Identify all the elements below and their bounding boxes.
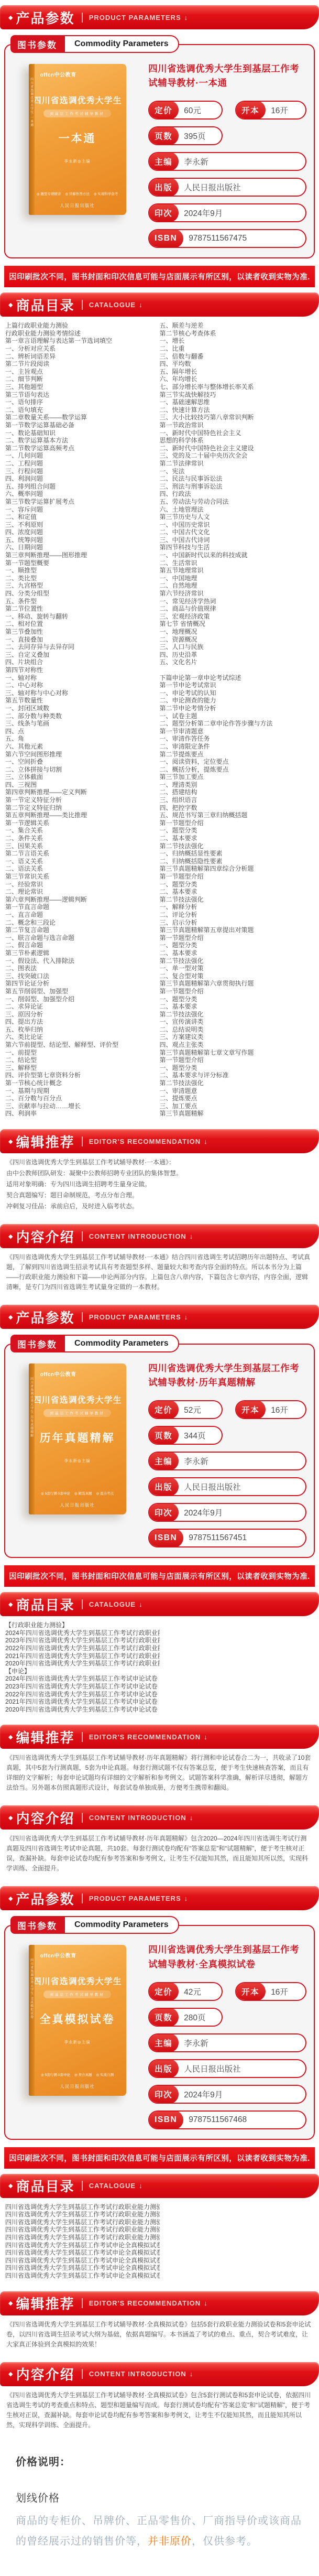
- catalogue-line: 2022年四川省选调优秀大学生到基层工作考试行政职业能力测验试卷: [5, 1644, 160, 1652]
- catalogue-line: 三、中国古代诗词: [160, 536, 314, 544]
- catalogue-line: 三、贡献率与拉动……增长: [5, 1102, 160, 1110]
- catalogue-line: 二、相对位置: [5, 620, 160, 628]
- catalogue-line: 【申论】: [5, 1668, 160, 1675]
- param-value: 9787511567451: [183, 1533, 305, 1543]
- product-parameters-title-en: PRODUCT PARAMETERS: [89, 14, 181, 21]
- catalogue-line: 三、加工要点: [160, 1102, 314, 1110]
- catalogue-line: 七、部分增长率与整体增长率关系: [160, 383, 314, 391]
- introduction-paragraph: 《四川省选调优秀大学生到基层工作考试辅导教材·一本通》结合四川省选调生考试招聘历…: [6, 1252, 313, 1292]
- content-introduction-text: 《四川省选调优秀大学生到基层工作考试辅导教材·全真模拟试卷》包含5套行测试卷和5…: [0, 2386, 319, 2438]
- catalogue-line: 三、大小比较技巧第八章常识判断: [160, 414, 314, 421]
- catalogue-line: 第三节历史与人文: [160, 513, 314, 521]
- catalogue-line: 四、利润率: [5, 1110, 160, 1118]
- param-value: 李永新: [179, 1455, 305, 1467]
- cover-book-name: 历年真题精解: [40, 1430, 115, 1445]
- param-label: ISBN: [148, 2110, 183, 2129]
- catalogue-line: 第五节数量性: [5, 697, 160, 705]
- catalogue-line: 一、宣传演讲类: [160, 1018, 314, 1026]
- header-divider: |: [81, 1731, 83, 1743]
- catalogue-line: 2024年四川省选调优秀大学生到基层工作考试申论试卷: [5, 1675, 160, 1683]
- catalogue-line: 三、解释型: [5, 1064, 160, 1072]
- param-value: 16开: [266, 1404, 305, 1415]
- header-divider: |: [81, 2180, 83, 2192]
- catalogue-line: 三、宏观经济政策: [160, 613, 314, 621]
- printing-note-banner: 因印刷批次不同，图书封面和印次信息可能与店面展示有所区别，以读者收到实物为准.: [4, 1565, 315, 1587]
- header-divider: |: [81, 12, 83, 24]
- printing-note-banner: 因印刷批次不同，图书封面和印次信息可能与店面展示有所区别，以读者收到实物为准.: [4, 266, 315, 287]
- param-value: 人民日报出版社: [179, 181, 305, 193]
- catalogue-line: 第一节逻辑关系: [5, 819, 160, 827]
- header-divider: |: [81, 1892, 83, 1904]
- catalogue-line: 四、行政法: [160, 490, 314, 498]
- catalogue-line: 三、其他题型: [5, 383, 160, 391]
- down-arrow-icon: ↓: [139, 301, 142, 309]
- param-label: 印次: [148, 203, 179, 222]
- commodity-pill-en: Commodity Parameters: [64, 1335, 179, 1352]
- header-divider: |: [81, 1311, 83, 1323]
- catalogue-line: 第一节题型介绍: [160, 988, 314, 995]
- catalogue-line: 【行政职业能力测验】: [5, 1621, 160, 1629]
- catalogue-line: 2020年四川省选调优秀大学生到基层工作考试行政职业能力测验试卷: [5, 1660, 160, 1668]
- commodity-parameters-pill: 图书参数 Commodity Parameters: [10, 35, 179, 53]
- catalogue-line: 四、浓度问题: [5, 528, 160, 536]
- param-value: 9787511567475: [183, 234, 305, 243]
- book-params-zone: 四川省选调优秀大学生到基层工作考试辅导教材·历年真题精解 定价 52元 开本 1…: [148, 1360, 307, 1547]
- param-label: 定价: [148, 101, 179, 120]
- catalogue-line: 五、条件型: [5, 598, 160, 605]
- cover-feature-item: 题型专项精讲: [37, 191, 61, 196]
- catalogue-line: 二、快速计算方法: [160, 406, 314, 414]
- param-value: 李永新: [179, 156, 305, 167]
- catalogue-line: 三、组织语言: [160, 796, 314, 804]
- catalogue-line: 二、题型分析第二章申论作答步骤与方法: [160, 720, 314, 728]
- catalogue-line: 二、基本要求: [160, 949, 314, 957]
- param-capsule: 页数 344页: [148, 1426, 223, 1445]
- cover-feature-item: 5套行测·5套申论: [41, 1491, 70, 1496]
- recommendation-line: 《四川省选调优秀大学生到基层工作考试辅导教材·全真模拟试卷》包括5套行政职业能力…: [6, 2320, 313, 2350]
- param-value: 16开: [266, 104, 305, 116]
- header-divider: |: [81, 2297, 83, 2309]
- catalogue-line: 第二节技法强化: [160, 1011, 314, 1019]
- param-label: 页数: [148, 1426, 179, 1445]
- catalogue-line: 第一节核心统计概念: [5, 1079, 160, 1087]
- param-value: 9787511567468: [183, 2115, 305, 2125]
- catalogue-line: 二、申论测查的能力: [160, 697, 314, 705]
- catalogue-line: 2023年四川省选调优秀大学生到基层工作考试行政职业能力测验试卷: [5, 1637, 160, 1644]
- cover-feature-item: 精选真题: [74, 1491, 92, 1496]
- catalogue-line: 二、复合型对策: [160, 972, 314, 980]
- param-capsule: 出版 人民日报出版社: [148, 2059, 306, 2078]
- price-note-text-suffix: ，仅供参考。: [192, 2536, 258, 2547]
- cover-author: 李永新◎主编: [64, 1458, 91, 1464]
- editor-recommendation-header: ◆ 编辑推荐 | EDITOR'S RECOMMENDATION ↓: [0, 1725, 319, 1749]
- catalogue-line: 第五章判断推理——类比推理: [5, 811, 160, 819]
- catalogue-line: 二、理论常识: [5, 888, 160, 896]
- param-label: ISBN: [148, 1529, 183, 1547]
- catalogue-line: 五、排列组合问题: [5, 483, 160, 491]
- catalogue-line: 三、原因分析: [5, 1011, 160, 1019]
- recommendation-line: 《四川省选调优秀大学生到基层工作考试辅导教材·历年真题精解》将行测和申论试卷合二…: [6, 1753, 313, 1793]
- catalogue-line: 第一节政治常识: [160, 421, 314, 429]
- catalogue-list: 【行政职业能力测验】2024年四川省选调优秀大学生到基层工作考试行政职业能力测验…: [0, 1616, 319, 1719]
- param-value: 16开: [266, 1986, 305, 1997]
- param-label: 出版: [148, 2059, 179, 2078]
- catalogue-column-right: 五、顺差与逆差第二节核心考查体系一、增长二、比重三、倍数与翻番四、平均数五、隔年…: [160, 322, 314, 1118]
- cover-feature-item: 契合真题: [74, 2072, 92, 2077]
- catalogue-line: 第二节技法强化: [160, 842, 314, 850]
- param-value: 2024年9月: [179, 1507, 305, 1518]
- commodity-pill-zh: 图书参数: [10, 35, 64, 53]
- catalogue-line: 第三节常识关系: [5, 873, 160, 881]
- catalogue-line: 第一节直言命题: [5, 903, 160, 911]
- param-value: 344页: [179, 1430, 222, 1441]
- catalogue-line: 二、中国古代文化: [160, 528, 314, 536]
- catalogue-line: 第一节题型介绍: [160, 819, 314, 827]
- param-value: 52元: [179, 1404, 222, 1415]
- param-capsule: 开本 16开: [235, 1400, 306, 1419]
- book-cover-image: 四川省选调优秀大学生·一本通 offcn中公教育 四川省选调优秀大学生 到基层工…: [29, 64, 126, 215]
- catalogue-line: 第三节真题精解第五章提出对策题: [160, 926, 314, 934]
- catalogue-line: 三、人口与民族: [160, 643, 314, 651]
- catalogue-line: 一、题型分类: [160, 1064, 314, 1072]
- param-capsule: 主编 李永新: [148, 1452, 306, 1470]
- catalogue-line: 五、统筹问题: [5, 536, 160, 544]
- catalogue-line: 二、基本要求: [160, 1003, 314, 1011]
- book-spine-text: 四川省选调优秀大学生·历年真题精解: [29, 1377, 34, 1437]
- catalogue-line: 二、和定值: [5, 513, 160, 521]
- catalogue-line: 第四节科技与生活: [160, 544, 314, 551]
- catalogue-line: 第三节数学运算扩展考点: [5, 498, 160, 506]
- cover-features: 5套行测·5套申论契合真题实战自测: [41, 2072, 114, 2077]
- publisher-logo: 人民日报出版社: [60, 2083, 95, 2090]
- cover-series-title: 四川省选调优秀大学生: [33, 1975, 122, 1987]
- catalogue-line: 一、削弱型、加强型介绍: [5, 995, 160, 1003]
- catalogue-line: 一、空间折叠: [5, 758, 160, 766]
- commodity-pill-en: Commodity Parameters: [64, 35, 179, 53]
- param-capsule: 印次 2024年9月: [148, 1503, 306, 1522]
- book-params-zone: 四川省选调优秀大学生到基层工作考试辅导教材·全真模拟试卷 定价 42元 开本 1…: [148, 1942, 307, 2129]
- param-label: 开本: [235, 101, 266, 120]
- catalogue-line: 一、申论考试的认知: [160, 689, 314, 697]
- catalogue-line: 三、线条与笔画: [5, 720, 160, 728]
- product-parameters-title-zh: 产品参数: [16, 8, 74, 27]
- editor-recommendation-text: 《四川省选调优秀大学生到基层工作考试辅导教材·一本通》：由中公教师团队研发：凝聚…: [0, 1153, 319, 1219]
- diamond-icon: ◆: [8, 1233, 13, 1240]
- commodity-parameters-panel: 图书参数 Commodity Parameters 四川省选调优秀大学生·一本通…: [4, 44, 315, 258]
- catalogue-line: 第五节削弱型、加强型: [5, 988, 160, 995]
- diamond-icon: ◆: [8, 1601, 13, 1608]
- catalogue-line: 一、新时代中国特色社会主义: [160, 429, 314, 437]
- param-capsule: 印次 2024年9月: [148, 2085, 306, 2104]
- catalogue-line: 三、立体截面: [5, 773, 160, 781]
- catalogue-line: 一、常见经济学热词: [160, 598, 314, 605]
- param-value: 42元: [179, 1986, 222, 1997]
- catalogue-list: 上篇行政职业能力测验行政职业能力测验考情综述第一章言语理解与表达第一节选词填空一…: [0, 317, 319, 1124]
- publisher-logo: 人民日报出版社: [60, 202, 95, 209]
- catalogue-line: 三、方案建议类: [160, 1033, 314, 1041]
- catalogue-line: 一、假设法、代入排除法: [5, 957, 160, 965]
- catalogue-line: 六、类比论证: [5, 1033, 160, 1041]
- header-divider: |: [81, 2368, 83, 2380]
- catalogue-line: 第二节法律常识: [160, 460, 314, 468]
- catalogue-line: 第四节论证分析: [5, 980, 160, 988]
- catalogue-column-left: 四川省选调优秀大学生到基层工作考试行政职业能力测验全真模拟试卷（一）四川省选调优…: [5, 2203, 160, 2280]
- catalogue-line: 三、倍数与翻番: [160, 353, 314, 361]
- catalogue-line: 第一节审清题意: [160, 728, 314, 735]
- down-arrow-icon: ↓: [190, 2370, 193, 2378]
- content-introduction-title-zh: 内容介绍: [16, 1808, 74, 1827]
- param-label: 定价: [148, 1400, 179, 1419]
- catalogue-line: 二、部分数与种类数: [5, 712, 160, 720]
- editor-recommendation-title-zh: 编辑推荐: [16, 1727, 74, 1747]
- catalogue-line: 四、把控字数: [160, 804, 314, 812]
- down-arrow-icon: ↓: [184, 1313, 188, 1321]
- param-value: 2024年9月: [179, 207, 305, 219]
- param-capsule: 印次 2024年9月: [148, 203, 306, 222]
- book-spine-text: 四川省选调优秀大学生·全真模拟试卷: [29, 1958, 34, 2019]
- down-arrow-icon: ↓: [204, 1733, 207, 1741]
- product-parameters-header: ◆ 产品参数 | PRODUCT PARAMETERS ↓: [0, 5, 319, 29]
- catalogue-line: 二、总结说明类: [160, 1026, 314, 1034]
- catalogue-line: 一、语义关系: [5, 858, 160, 865]
- catalogue-line: 五、规范书写第三章归纳概括题: [160, 811, 314, 819]
- param-label: 印次: [148, 1503, 179, 1522]
- book-cover-zone: 四川省选调优秀大学生·历年真题精解 offcn中公教育 四川省选调优秀大学生 到…: [10, 1360, 144, 1547]
- param-capsules: 定价 52元 开本 16开 页数 344页 主编 李永新 出版: [148, 1400, 306, 1547]
- cover-book-name: 全真模拟试卷: [40, 2011, 115, 2027]
- catalogue-line: 第三节真题精解: [160, 1110, 314, 1118]
- catalogue-title-en: CATALOGUE: [89, 1600, 136, 1608]
- catalogue-line: 三、因果关系: [5, 842, 160, 850]
- cover-author: 李永新◎主编: [64, 2039, 91, 2045]
- recommendation-line: 由中公教师团队研发：凝聚中公教师招聘专业团队的集体智慧。: [6, 1168, 313, 1178]
- catalogue-line: 四川省选调优秀大学生到基层工作考试申论全真模拟试卷（一）: [5, 2242, 160, 2249]
- content-introduction-header: ◆ 内容介绍 | CONTENT INTRODUCTION ↓: [0, 1805, 319, 1830]
- catalogue-line: 一、解释分析: [160, 903, 314, 911]
- price-note-section: 价格说明： 划线价格 商品的专柜价、吊牌价、正品零售价、厂商指导价或该商品的曾经…: [0, 2438, 319, 2576]
- commodity-parameters-pill: 图书参数 Commodity Parameters: [10, 1335, 179, 1352]
- catalogue-title-zh: 商品目录: [16, 1595, 74, 1614]
- catalogue-line: 一、直接叠加: [5, 636, 160, 644]
- catalogue-line: 第三节语句表达: [5, 391, 160, 399]
- catalogue-line: 一、容斥问题: [5, 506, 160, 514]
- param-label: 页数: [148, 126, 179, 145]
- catalogue-line: 2024年四川省选调优秀大学生到基层工作考试行政职业能力测验试卷: [5, 1629, 160, 1637]
- catalogue-line: 第二节数学运算高频考点: [5, 445, 160, 452]
- content-introduction-header: ◆ 内容介绍 | CONTENT INTRODUCTION ↓: [0, 1224, 319, 1248]
- catalogue-line: 四、平均数: [160, 360, 314, 368]
- catalogue-line: 一、几何问题: [5, 452, 160, 460]
- catalogue-header: ◆ 商品目录 | CATALOGUE ↓: [0, 1592, 319, 1616]
- catalogue-line: 第六节经济常识: [160, 590, 314, 598]
- book-full-title: 四川省选调优秀大学生到基层工作考试辅导教材·历年真题精解: [148, 1361, 306, 1390]
- book-params-zone: 四川省选调优秀大学生到基层工作考试辅导教材·一本通 定价 60元 开本 16开 …: [148, 61, 307, 248]
- editor-recommendation-title-en: EDITOR'S RECOMMENDATION: [89, 1733, 201, 1741]
- book-section: ◆ 产品参数 | PRODUCT PARAMETERS ↓ 图书参数 Commo…: [0, 1305, 319, 1881]
- catalogue-title-zh: 商品目录: [16, 295, 74, 315]
- cover-book-name: 一本通: [59, 130, 96, 146]
- catalogue-line: 一、地理概况: [160, 628, 314, 636]
- catalogue-line: 二、细节判断: [5, 375, 160, 383]
- catalogue-line: 第四节对称性: [5, 666, 160, 674]
- price-note-body: 商品的专柜价、吊牌价、正品零售价、厂商指导价或该商品的曾经展示过的销售价等，并非…: [16, 2511, 303, 2552]
- catalogue-line: 一、中国历史常识: [160, 521, 314, 529]
- param-capsule: ISBN 9787511567451: [148, 1529, 306, 1547]
- cover-author: 李永新◎主编: [64, 158, 91, 164]
- param-label: 出版: [148, 178, 179, 197]
- book-cover-zone: 四川省选调优秀大学生·全真模拟试卷 offcn中公教育 四川省选调优秀大学生 到…: [10, 1942, 144, 2129]
- catalogue-line: 六、概率问题: [5, 490, 160, 498]
- catalogue-line: 第三节真题精解第七章文章写作题: [160, 1049, 314, 1057]
- diamond-icon: ◆: [8, 1814, 13, 1821]
- catalogue-header: ◆ 商品目录 | CATALOGUE ↓: [0, 293, 319, 317]
- catalogue-line: 六、其他元素: [5, 743, 160, 751]
- param-label: 主编: [148, 1452, 179, 1470]
- catalogue-line: 第六节空间图形推理: [5, 751, 160, 759]
- cover-ribbon: 到基层工作考试辅导教材: [43, 1409, 111, 1417]
- catalogue-line: 四、观点主张类: [160, 1041, 314, 1049]
- recommendation-line: 适用对象明确：专为四川选调生招聘考生量身定做。: [6, 1179, 313, 1189]
- catalogue-line: 二、归纳概括隐性要素: [160, 858, 314, 865]
- catalogue-line: 第一章言语理解与表达第一节选词填空: [5, 337, 160, 345]
- catalogue-line: 二、概括分析，提炼要点: [160, 766, 314, 774]
- header-divider: |: [81, 1598, 83, 1610]
- book-full-title: 四川省选调优秀大学生到基层工作考试辅导教材·一本通: [148, 62, 306, 90]
- catalogue-line: 一、语句排序: [5, 398, 160, 406]
- param-value: 李永新: [179, 2037, 305, 2049]
- catalogue-line: 二、基本要求与评分标准: [160, 1071, 314, 1079]
- catalogue-line: 二、比重: [160, 345, 314, 353]
- catalogue-line: 二、假言命题: [5, 941, 160, 949]
- cover-feature-item: 直击考点: [96, 1491, 114, 1496]
- catalogue-line: 一、轴对称: [5, 674, 160, 682]
- catalogue-line: 二、资源概况: [160, 636, 314, 644]
- catalogue-line: 四川省选调优秀大学生到基层工作考试申论全真模拟试卷（四）: [5, 2264, 160, 2272]
- catalogue-line: 第二节言语关系: [5, 850, 160, 858]
- down-arrow-icon: ↓: [139, 1600, 142, 1608]
- catalogue-line: 第二节定义特征归纳: [5, 804, 160, 812]
- param-label: 页数: [148, 2008, 179, 2027]
- catalogue-line: 一、单一型对策: [160, 965, 314, 972]
- product-parameters-title-en: PRODUCT PARAMETERS: [89, 1895, 181, 1902]
- cover-feature-item: 5套行测·5套申论: [41, 2072, 70, 2077]
- catalogue-line: 一、中国新时代以来的科技成就: [160, 551, 314, 559]
- param-capsules: 定价 60元 开本 16开 页数 395页 主编 李永新 出版: [148, 101, 306, 248]
- catalogue-line: 二、语句填充: [5, 406, 160, 414]
- diamond-icon: ◆: [8, 1895, 13, 1902]
- catalogue-column-left: 【行政职业能力测验】2024年四川省选调优秀大学生到基层工作考试行政职业能力测验…: [5, 1621, 160, 1713]
- offcn-logo: offcn中公教育: [40, 1370, 76, 1378]
- catalogue-line: 二、基本要求: [160, 888, 314, 896]
- catalogue-line: 二、类比型: [5, 575, 160, 582]
- param-capsules: 定价 42元 开本 16开 页数 280页 主编 李永新 出版: [148, 1982, 306, 2129]
- param-capsule: 页数 395页: [148, 126, 223, 145]
- catalogue-line: 二、求异论证: [5, 1003, 160, 1011]
- param-capsule: 定价 60元: [148, 101, 223, 120]
- book-full-title: 四川省选调优秀大学生到基层工作考试辅导教材·全真模拟试卷: [148, 1943, 306, 1971]
- catalogue-line: 四、分类分组型: [5, 590, 160, 598]
- catalogue-line: 一、中国地理: [160, 575, 314, 582]
- catalogue-line: 第三节朴素逻辑: [5, 949, 160, 957]
- catalogue-line: 五、顺差与逆差: [160, 322, 314, 330]
- param-label: 开本: [235, 1982, 266, 2001]
- catalogue-line: 六、日期问题: [5, 544, 160, 551]
- catalogue-line: 一、主旨观点: [5, 368, 160, 376]
- param-value: 395页: [179, 130, 222, 142]
- param-capsule: ISBN 9787511567468: [148, 2110, 306, 2129]
- param-value: 人民日报出版社: [179, 2063, 305, 2074]
- catalogue-line: 二、数学运算基本方法: [5, 437, 160, 445]
- catalogue-line: 第二节技法强化: [160, 957, 314, 965]
- catalogue-line: 二、自然地理: [160, 582, 314, 590]
- param-label: 定价: [148, 1982, 179, 2001]
- commodity-pill-en: Commodity Parameters: [64, 1916, 179, 1934]
- catalogue-column-right: [160, 2203, 314, 2280]
- catalogue-line: 二、去同存异与去异存同: [5, 643, 160, 651]
- book-spine-text: 四川省选调优秀大学生·一本通: [29, 78, 34, 127]
- catalogue-line: 一、题型分类: [160, 881, 314, 889]
- product-parameters-title-zh: 产品参数: [16, 1307, 74, 1327]
- param-label: 出版: [148, 1477, 179, 1496]
- catalogue-line: 第七节 省情概况: [160, 620, 314, 628]
- price-note-highlight: 并非原价: [148, 2536, 192, 2547]
- param-capsule: 定价 42元: [148, 1982, 223, 2001]
- catalogue-line: 第五节地理常识: [160, 567, 314, 575]
- cover-feature-item: 实战自测: [96, 2072, 114, 2077]
- catalogue-line: 五、劳动法与劳动合同法: [160, 498, 314, 506]
- catalogue-line: 二、百分数与百分点: [5, 1095, 160, 1102]
- catalogue-line: 思想的科学体系: [160, 437, 314, 445]
- catalogue-line: 第一节数学运算基础必备: [5, 421, 160, 429]
- catalogue-line: 六、土地管理法: [160, 506, 314, 514]
- cover-ribbon: 到基层工作考试辅导教材: [43, 110, 111, 117]
- catalogue-line: 第一节申论考试常识: [160, 681, 314, 689]
- commodity-parameters-panel: 图书参数 Commodity Parameters 四川省选调优秀大学生·历年真…: [4, 1344, 315, 1558]
- catalogue-line: 一、顺推型: [5, 567, 160, 575]
- catalogue-line: 四、利润问题: [5, 475, 160, 483]
- param-value: 2024年9月: [179, 2088, 305, 2100]
- catalogue-line: 二、民法与民事诉讼法: [160, 475, 314, 483]
- catalogue-line: 第二章数量关系——数学运算: [5, 414, 160, 421]
- catalogue-line: 三、自定义叠加: [5, 651, 160, 659]
- catalogue-line: 第三章判断推理——图形推理: [5, 551, 160, 559]
- catalogue-line: 2021年四川省选调优秀大学生到基层工作考试行政职业能力测验试卷（精选）: [5, 1652, 160, 1660]
- editor-recommendation-title-en: EDITOR'S RECOMMENDATION: [89, 1138, 201, 1145]
- catalogue-line: 三、九宫格型: [5, 582, 160, 590]
- content-introduction-header: ◆ 内容介绍 | CONTENT INTRODUCTION ↓: [0, 2362, 319, 2386]
- catalogue-line: 四川省选调优秀大学生到基层工作考试申论全真模拟试卷（五）: [5, 2272, 160, 2280]
- editor-recommendation-header: ◆ 编辑推荐 | EDITOR'S RECOMMENDATION ↓: [0, 2291, 319, 2315]
- catalogue-line: 第二节技法强化: [160, 896, 314, 904]
- catalogue-line: 三、行程问题: [5, 468, 160, 475]
- commodity-parameters-body: 四川省选调优秀大学生·全真模拟试卷 offcn中公教育 四川省选调优秀大学生 到…: [4, 1925, 315, 2139]
- product-detail-page: ◆ 产品参数 | PRODUCT PARAMETERS ↓ 图书参数 Commo…: [0, 0, 319, 2576]
- param-label: 主编: [148, 152, 179, 171]
- price-note-subtitle: 划线价格: [16, 2490, 303, 2505]
- catalogue-line: 第二节复言命题: [5, 926, 160, 934]
- down-arrow-icon: ↓: [184, 14, 188, 21]
- catalogue-line: 第三节真题精解第六章贯彻执行题: [160, 980, 314, 988]
- catalogue-line: 一、审清作答任务: [160, 735, 314, 743]
- price-note-title: 价格说明：: [16, 2453, 303, 2469]
- catalogue-line: 二、基本要求: [160, 835, 314, 842]
- catalogue-line: 五、角: [5, 735, 160, 743]
- param-capsule: 页数 280页: [148, 2008, 223, 2027]
- catalogue-line: 二、中心对称: [5, 681, 160, 689]
- catalogue-line: 一、题型分类: [160, 941, 314, 949]
- catalogue-title-zh: 商品目录: [16, 2176, 74, 2195]
- catalogue-line: 二、语法关系: [5, 865, 160, 873]
